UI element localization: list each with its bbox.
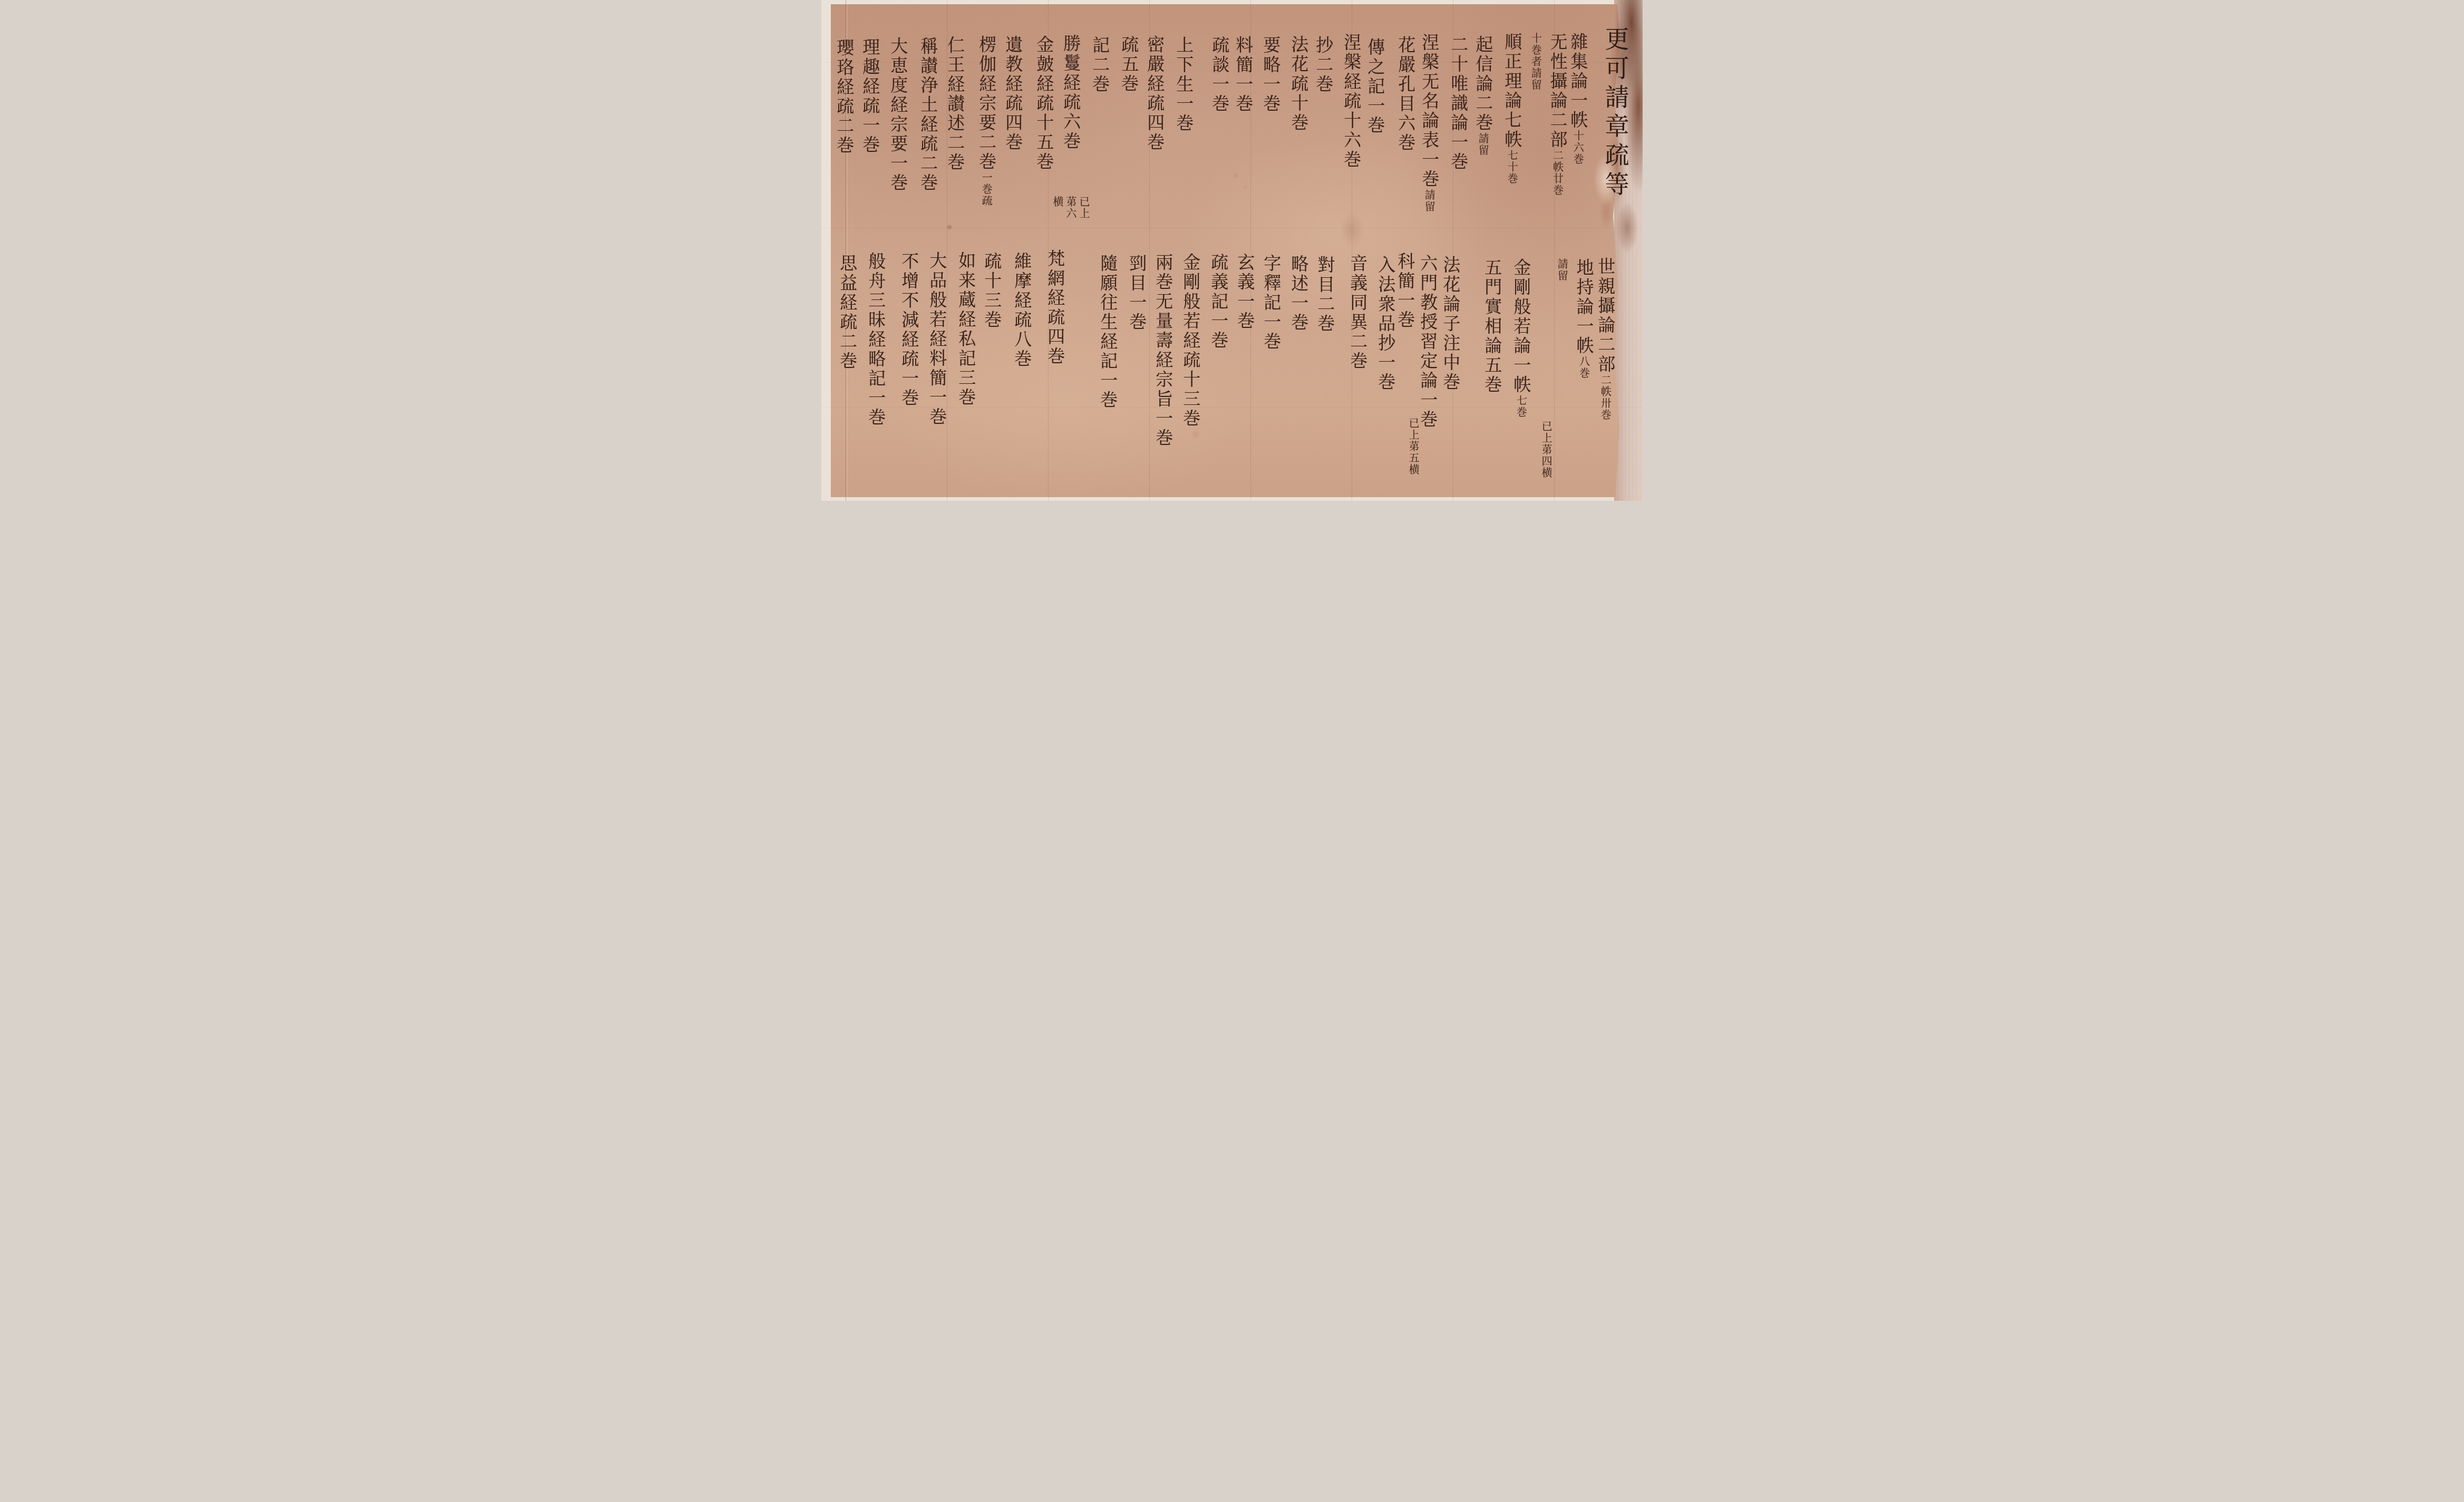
entry-text: 仁王経讃述二巻	[945, 36, 965, 172]
entry-text: 科簡一巻	[1395, 252, 1415, 330]
catalog-entry-column: 要略一巻	[1260, 36, 1282, 220]
entry-text: 兩巻无量壽経宗旨一巻	[1153, 253, 1173, 448]
catalog-entry-column: 隨願往生経記一巻	[1097, 254, 1119, 486]
catalog-entry-column: 花嚴孔目六巻	[1395, 36, 1417, 220]
entry-text: 涅槃无名論表一巻	[1419, 33, 1440, 189]
entry-text: 如来蔵経私記三巻	[956, 251, 976, 408]
entry-text: 花嚴孔目六巻	[1395, 36, 1416, 153]
entry-note: 七巻	[1515, 395, 1527, 418]
catalog-entry-column: 金皷経疏十五巻	[1033, 35, 1055, 221]
entry-text: 五門實相論五巻	[1482, 258, 1502, 395]
entry-text: 疏談一巻	[1209, 36, 1230, 114]
entry-text: 玄義一巻	[1235, 253, 1255, 331]
catalog-entry-column: 般舟三昧経略記一巻	[865, 252, 887, 486]
entry-text: 般舟三昧経略記一巻	[866, 252, 886, 428]
catalog-entry-column: 无性攝論二部二帙廿巻十巻者請留	[1525, 33, 1569, 221]
manuscript-scroll-photo: 更可請章疏等雜集論一帙十六巻无性攝論二部二帙廿巻十巻者請留順正理論七帙七十巻起信…	[821, 0, 1643, 501]
catalog-entry-column: 涅槃无名論表一巻請留	[1419, 33, 1440, 220]
entry-text: 上下生一巻	[1173, 36, 1194, 133]
entry-note: 二帙卅巻	[1599, 374, 1612, 421]
entry-note: 請留	[1423, 189, 1435, 212]
entry-text: 遺教経疏四巻	[1003, 35, 1023, 152]
catalog-entry-column: 傳之記一巻	[1364, 38, 1386, 221]
catalog-entry-column: 地持論一帙八巻請留	[1551, 258, 1595, 486]
entry-text: 已上苐四横	[1540, 421, 1553, 479]
entry-note: 請留	[1477, 133, 1489, 156]
entry-text: 已上苐六横	[1051, 196, 1090, 219]
catalog-entry-column: 疏談一巻	[1209, 36, 1230, 220]
entry-text: 楞伽経宗要二巻	[976, 35, 997, 172]
catalog-entry-column: 二十唯識論一巻	[1448, 35, 1469, 221]
entry-note: 十六巻	[1571, 130, 1584, 165]
entry-text: 疏五巻	[1119, 35, 1139, 94]
catalog-entry-column: 不增不減経疏一巻	[898, 252, 920, 486]
entry-text: 思益経疏二巻	[837, 254, 858, 371]
catalog-entry-column: 瓔珞経疏二巻	[833, 38, 855, 220]
catalog-entry-column: 楞伽経宗要二巻一巻疏	[976, 35, 997, 221]
catalog-entry-column: 疏十三巻	[981, 252, 1003, 486]
catalog-entry-column: 音義同異二巻	[1347, 254, 1369, 486]
catalog-entry-column: 玄義一巻	[1234, 253, 1256, 486]
entry-text: 疏義記一巻	[1208, 253, 1229, 351]
entry-text: 略述一巻	[1288, 255, 1309, 333]
entry-text: 密嚴経疏四巻	[1144, 35, 1165, 152]
catalog-entry-column: 字釋記一巻	[1260, 254, 1282, 486]
catalog-entry-column: 疏義記一巻	[1208, 253, 1229, 486]
catalog-entry-column: 涅槃経疏十六巻	[1341, 33, 1362, 220]
catalog-entry-column: 理趣経疏一巻	[859, 38, 881, 221]
entry-text: 不增不減経疏一巻	[899, 252, 919, 408]
entry-text: 世親攝論二部	[1595, 257, 1616, 374]
entry-note: 七十巻	[1506, 150, 1518, 185]
entry-text: 地持論一帙	[1574, 258, 1595, 356]
entry-text: 料簡一巻	[1233, 36, 1254, 114]
entry-text: 要略一巻	[1260, 36, 1281, 114]
catalog-entry-column: 遺教経疏四巻	[1002, 35, 1024, 221]
entry-text: 記二巻	[1090, 36, 1110, 94]
catalog-entry-column: 疏五巻	[1118, 35, 1140, 221]
entry-text: 六門教授習定論一巻	[1418, 254, 1438, 430]
entry-text: 起信論二巻	[1473, 35, 1493, 133]
entry-text: 傳之記一巻	[1365, 38, 1385, 135]
catalog-entry-column: 世親攝論二部二帙卅巻	[1595, 257, 1616, 486]
entry-text: 維摩経疏八巻	[1012, 252, 1032, 369]
entry-text: 梵網経疏四巻	[1045, 249, 1065, 366]
catalog-entry-column: 法花論子注中巻	[1440, 256, 1461, 486]
catalog-entry-column: 思益経疏二巻	[837, 254, 858, 486]
catalog-entry-column: 起信論二巻請留	[1472, 35, 1494, 221]
section-marker-column: 已上苐六横	[1051, 196, 1090, 221]
catalog-entry-column: 梵網経疏四巻	[1044, 249, 1066, 486]
catalog-entry-column: 科簡一巻	[1394, 252, 1416, 486]
entry-text: 雜集論一帙	[1568, 33, 1588, 130]
catalog-entry-column: 密嚴経疏四巻	[1144, 35, 1166, 221]
entry-text: 法花論子注中巻	[1440, 256, 1461, 392]
catalog-entry-column: 抄二巻	[1313, 36, 1334, 220]
catalog-entry-column: 雜集論一帙十六巻	[1567, 33, 1589, 221]
entry-text: 勝鬘経疏六巻	[1061, 34, 1081, 151]
catalog-entry-column: 記二巻	[1089, 36, 1111, 220]
catalog-entry-column: 剄目一巻	[1126, 254, 1148, 486]
horizontal-fold	[821, 228, 1643, 228]
entry-text: 理趣経疏一巻	[860, 38, 880, 155]
entry-text: 剄目一巻	[1127, 254, 1147, 332]
catalog-entry-column: 入法衆品抄一巻	[1375, 256, 1396, 486]
catalog-entry-column: 金剛般若経疏十三巻	[1180, 253, 1201, 486]
catalog-entry-column: 仁王経讃述二巻	[944, 36, 966, 220]
entry-text: 更可請章疏等	[1602, 26, 1630, 200]
catalog-entry-column: 料簡一巻	[1233, 36, 1254, 220]
entry-text: 金剛般若経疏十三巻	[1180, 253, 1201, 429]
entry-text: 大恵度経宗要一巻	[888, 37, 908, 193]
scroll-title-column: 更可請章疏等	[1600, 26, 1631, 220]
catalog-entry-column: 勝鬘経疏六巻	[1060, 34, 1082, 220]
entry-text: 字釋記一巻	[1261, 254, 1282, 352]
catalog-entry-column: 對目二巻	[1314, 256, 1336, 486]
entry-text: 入法衆品抄一巻	[1375, 256, 1396, 392]
entry-text: 法花疏十巻	[1288, 35, 1309, 133]
catalog-entry-column: 維摩経疏八巻	[1011, 252, 1033, 486]
catalog-entry-column: 略述一巻	[1288, 255, 1309, 486]
entry-text: 疏十三巻	[982, 252, 1002, 330]
entry-note: 一巻疏	[980, 172, 993, 207]
catalog-entry-column: 稱讃浄土経疏二巻	[917, 37, 939, 220]
section-marker-column: 已上苐四横	[1539, 421, 1553, 486]
catalog-entry-column: 法花疏十巻	[1288, 35, 1309, 221]
catalog-entry-column: 上下生一巻	[1173, 36, 1195, 220]
entry-text: 抄二巻	[1313, 36, 1334, 94]
entry-text: 二十唯識論一巻	[1448, 35, 1469, 172]
catalog-entry-column: 大品般若経料簡一巻	[926, 251, 948, 486]
catalog-entry-column: 如来蔵経私記三巻	[955, 251, 977, 486]
entry-text: 音義同異二巻	[1347, 254, 1368, 371]
entry-text: 稱讃浄土経疏二巻	[918, 37, 938, 193]
catalog-entry-column: 六門教授習定論一巻	[1417, 254, 1439, 486]
entry-text: 涅槃経疏十六巻	[1341, 33, 1362, 170]
catalog-entry-column: 大恵度経宗要一巻	[887, 37, 909, 220]
catalog-entry-column: 五門實相論五巻	[1481, 258, 1503, 486]
entry-text: 金剛般若論一帙	[1511, 258, 1531, 395]
entry-text: 順正理論七帙	[1502, 33, 1522, 150]
entry-text: 隨願往生経記一巻	[1098, 254, 1118, 410]
catalog-entry-column: 順正理論七帙七十巻	[1501, 33, 1523, 221]
catalog-entry-column: 金剛般若論一帙七巻	[1510, 258, 1532, 486]
entry-text: 對目二巻	[1315, 256, 1335, 334]
entry-text: 金皷経疏十五巻	[1034, 35, 1054, 172]
entry-text: 瓔珞経疏二巻	[834, 38, 855, 156]
entry-text: 大品般若経料簡一巻	[927, 251, 947, 427]
entry-text: 无性攝論二部	[1548, 33, 1568, 150]
catalog-entry-column: 兩巻无量壽経宗旨一巻	[1152, 253, 1174, 486]
